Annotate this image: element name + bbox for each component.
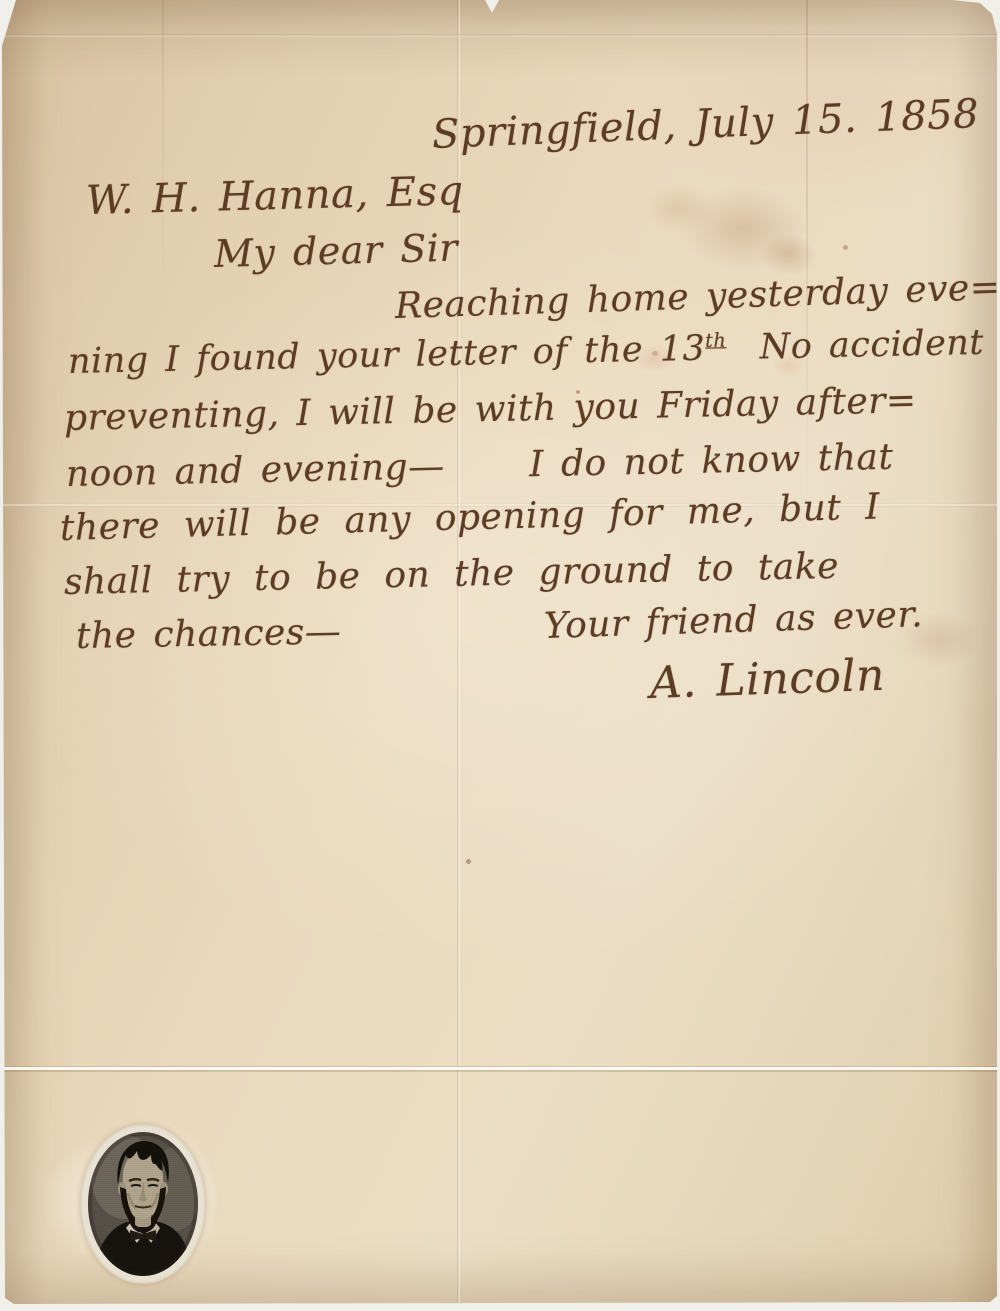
letter-scan: { "page": { "background_color": "#f1efe9… — [0, 0, 1000, 1311]
body-line-1: Reaching home yesterday eve= — [394, 267, 1000, 327]
body-line-2-text: No accident — [726, 323, 984, 368]
body-line-4: noon and evening— I do not know that — [66, 437, 894, 495]
closing-line: Your friend as ever. — [543, 594, 923, 647]
ordinal-superscript: th — [705, 329, 727, 352]
horizontal-fold-crease — [2, 34, 998, 37]
body-line-7: the chances— — [76, 611, 342, 657]
dateline: Springfield, July 15. 1858 — [431, 91, 980, 158]
body-line-5: there will be any opening for me, but I — [59, 487, 880, 549]
stain-spot — [843, 245, 848, 250]
vertical-fold-crease — [162, 0, 164, 300]
paper: Springfield, July 15. 1858 W. H. Hanna, … — [2, 0, 998, 1305]
signature: A. Lincoln — [649, 650, 886, 709]
body-line-2: ning I found your letter of the 13th No … — [68, 323, 985, 382]
horizontal-fold-crease — [2, 1066, 998, 1072]
recipient-line: W. H. Hanna, Esq — [85, 168, 464, 224]
salutation: My dear Sir — [213, 226, 458, 276]
lincoln-engraving-icon — [87, 1131, 199, 1277]
body-line-2-text: ning I found your letter of the 13 — [68, 329, 706, 382]
body-line-6: shall try to be on the ground to take — [64, 546, 840, 603]
body-line-3: preventing, I will be with you Friday af… — [64, 380, 917, 439]
ink-speck — [466, 859, 471, 864]
lincoln-portrait — [80, 1124, 206, 1284]
